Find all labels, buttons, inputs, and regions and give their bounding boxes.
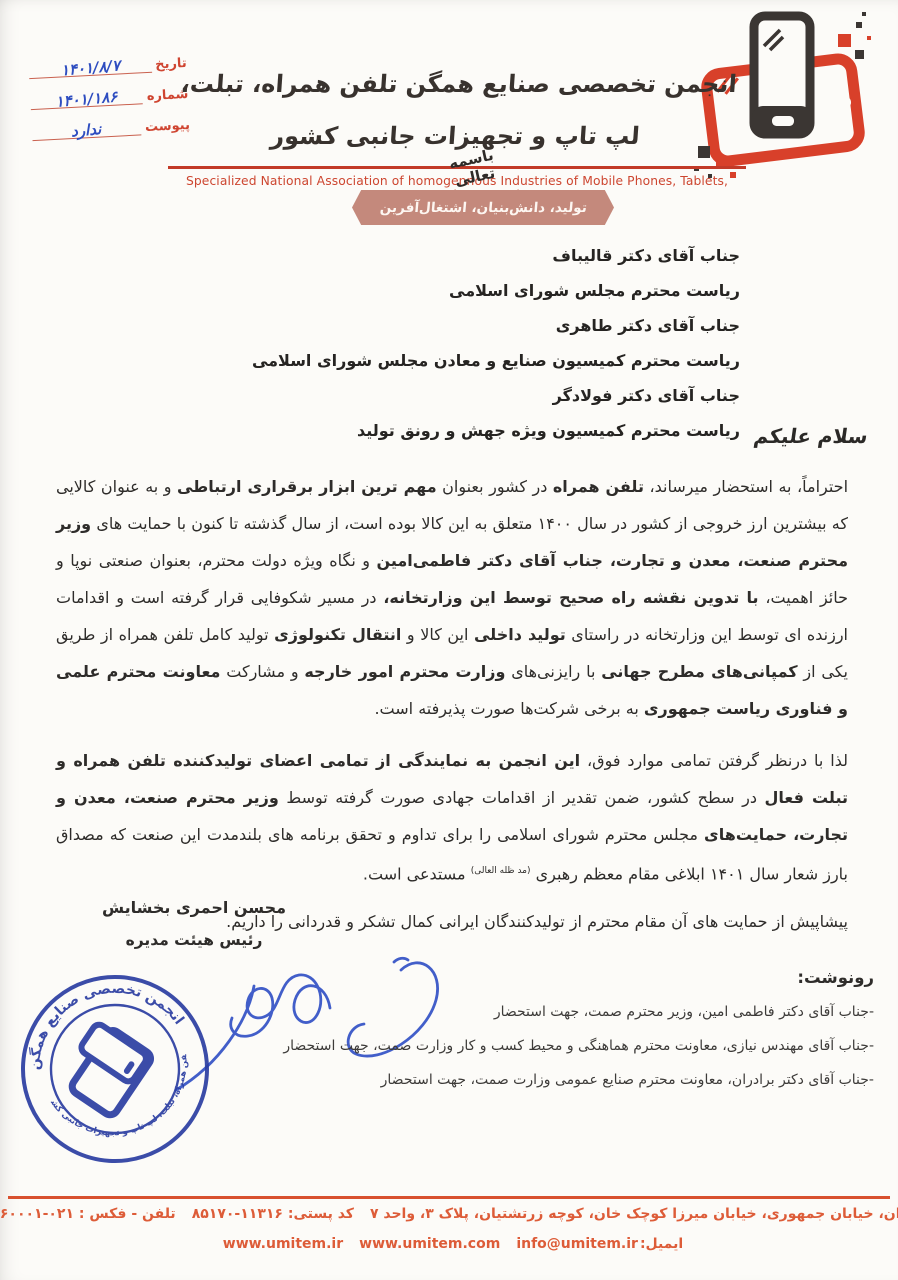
letter-page: تاریخ ۱۴۰۱/۸/۷ شماره ۱۴۰۱/۱۸۶ پیوست ندار… [0,0,898,1280]
text-run: لذا با درنظر گرفتن تمامی موارد فوق، [580,751,848,770]
text-run: در کشور بعنوان [437,477,553,496]
bold-run: حمایت‌های [704,825,787,844]
website-url-com: www.umitem.com [359,1236,500,1252]
text-run: احتراماً، به استحضار میرساند، [644,477,848,496]
email-address: info@umitem.ir [516,1236,638,1252]
footer-contact-line: www.umitem.ir www.umitem.com info@umitem… [0,1236,898,1252]
text-run: مستدعی است. [363,864,471,883]
recipient-line: جناب آقای دکتر قالیباف [252,238,740,273]
bold-run: با تدوین نقشه راه صحیح توسط این وزارتخان… [383,588,758,607]
paragraph-2: لذا با درنظر گرفتن تمامی موارد فوق، این … [56,742,848,892]
bold-run: انتقال تکنولوژی [274,625,401,644]
bold-run: تلفن همراه [553,477,644,496]
greeting-text: سلام علیکم [753,424,870,448]
cc-line: -جناب آقای دکتر برادران، معاونت محترم صن… [283,1063,874,1097]
signature-block: محسن احمری بخشایش رئیس هیئت مدیره [88,898,300,949]
signatory-title: رئیس هیئت مدیره [88,931,300,949]
text-run: این کالا و [401,625,474,644]
footer-postal-code: کد پستی: ۱۱۳۱۶-۸۵۱۷۰ [192,1206,354,1222]
recipient-line: ریاست محترم کمیسیون صنایع و معادن مجلس ش… [252,343,740,378]
cc-block: رونوشت: -جناب آقای دکتر فاطمی امین، وزیر… [283,968,874,1097]
cc-items: -جناب آقای دکتر فاطمی امین، وزیر محترم ص… [283,995,874,1097]
footer-address-line: تهران، خیابان جمهوری، خیابان میرزا کوچک … [0,1206,898,1222]
attachment-line: ندارد [31,115,141,141]
superscript-note: (مد ظله العالی) [471,866,531,876]
text-run: در سطح کشور، ضمن تقدیر از اقدامات جهادی … [279,788,765,807]
email-label: ایمیل: [640,1236,683,1252]
letter-body: احتراماً، به استحضار میرساند، تلفن همراه… [56,468,848,937]
bold-run: کمپانی‌های مطرح جهانی [601,662,797,681]
bold-run: تولید داخلی [474,625,566,644]
recipient-line: جناب آقای دکتر طاهری [252,308,740,343]
recipient-line: ریاست محترم مجلس شورای اسلامی [252,273,740,308]
signatory-name: محسن احمری بخشایش [88,898,300,917]
text-run: به برخی شرکت‌ها صورت پذیرفته است. [374,699,643,718]
cc-line: -جناب آقای دکتر فاطمی امین، وزیر محترم ص… [283,995,874,1029]
website-url-ir: www.umitem.ir [223,1236,343,1252]
footer-phone-fax: تلفن - فکس : ۰۲۱-۶۶۷۶۰۰۰۱ [0,1206,176,1222]
recipient-line: جناب آقای دکتر فولادگر [252,378,740,413]
year-slogan-text: تولید، دانش‌بنیان، اشتغال‌آفرین [379,200,587,216]
cc-label: رونوشت: [283,968,874,987]
text-run: با رایزنی‌های [505,662,601,681]
recipients-block: جناب آقای دکتر قالیبافریاست محترم مجلس ش… [252,238,740,448]
phone-icon [752,16,812,136]
attachment-value: ندارد [71,120,103,141]
bold-run: وزارت محترم امور خارجه [304,662,505,681]
footer-address: تهران، خیابان جمهوری، خیابان میرزا کوچک … [370,1206,898,1222]
year-slogan-banner: تولید، دانش‌بنیان، اشتغال‌آفرین [352,190,614,225]
cc-line: -جناب آقای مهندس نیازی، معاونت محترم هما… [283,1029,874,1063]
footer-divider [8,1196,890,1199]
bold-run: مهم ترین ابزار برقراری ارتباطی [177,477,437,496]
recipient-line: ریاست محترم کمیسیون ویژه جهش و رونق تولی… [252,413,740,448]
association-title-fa: انجمن تخصصی صنایع همگن تلفن همراه، تبلت،… [164,58,749,162]
stamp-logo [58,1020,154,1118]
paragraph-1: احتراماً، به استحضار میرساند، تلفن همراه… [56,468,848,727]
text-run: و مشارکت [220,662,304,681]
